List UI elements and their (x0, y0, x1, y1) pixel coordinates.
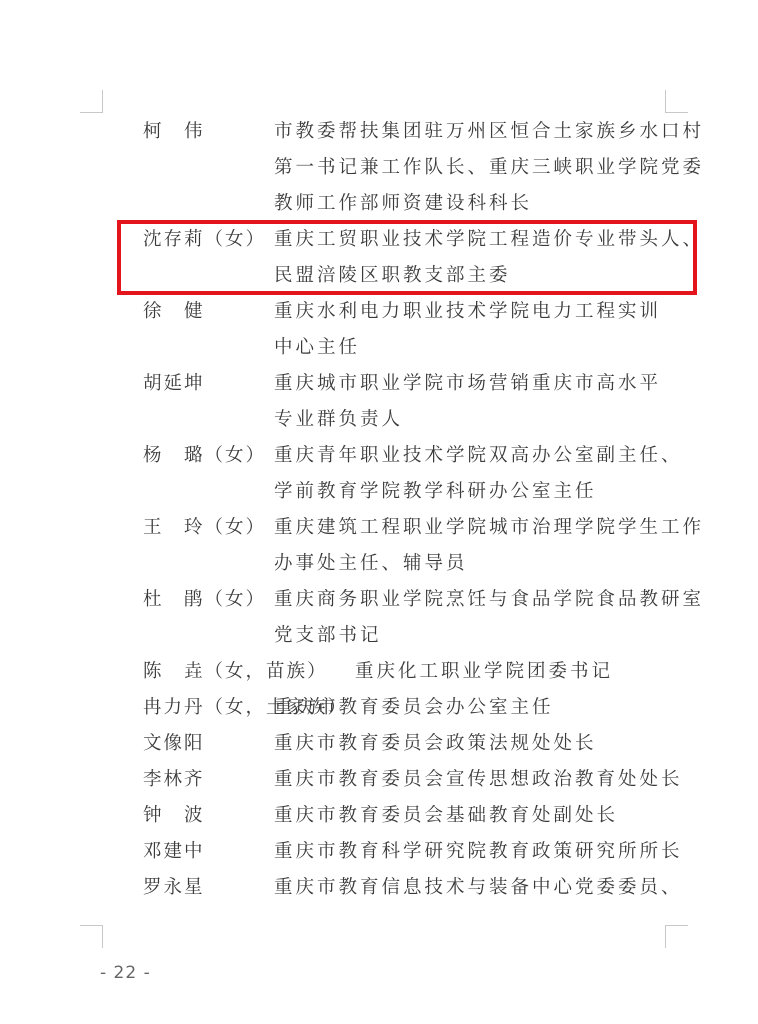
member-name: 王 玲（女） (143, 510, 266, 546)
member-title-line: 中心主任 (274, 330, 360, 366)
list-item: 罗永星 重庆市教育信息技术与装备中心党委委员、 (143, 870, 703, 906)
member-name: 陈 垚（女，苗族） (143, 654, 328, 690)
member-title-line: 重庆市教育委员会政策法规处处长 (274, 726, 597, 762)
member-title-line: 重庆市教育委员会基础教育处副处长 (274, 798, 618, 834)
member-title-line: 重庆市教育委员会办公室主任 (274, 690, 554, 726)
member-title-line: 重庆水利电力职业技术学院电力工程实训 (274, 294, 661, 330)
list-item: 钟 波 重庆市教育委员会基础教育处副处长 (143, 798, 703, 834)
list-item: 杨 璐（女） 重庆青年职业技术学院双高办公室副主任、 学前教育学院教学科研办公室… (143, 438, 703, 510)
list-item: 李林齐 重庆市教育委员会宣传思想政治教育处处长 (143, 762, 703, 798)
list-item: 杜 鹃（女） 重庆商务职业学院烹饪与食品学院食品教研室 党支部书记 (143, 582, 703, 654)
member-name: 杜 鹃（女） (143, 582, 266, 618)
member-name: 文像阳 (143, 726, 205, 762)
member-list: 柯 伟 市教委帮扶集团驻万州区恒合土家族乡水口村 第一书记兼工作队长、重庆三峡职… (143, 114, 703, 906)
member-name: 李林齐 (143, 762, 205, 798)
list-item: 陈 垚（女，苗族） 重庆化工职业学院团委书记 (143, 654, 703, 690)
list-item: 胡延坤 重庆城市职业学院市场营销重庆市高水平 专业群负责人 (143, 366, 703, 438)
member-title-line: 重庆建筑工程职业学院城市治理学院学生工作 (274, 510, 704, 546)
member-name: 罗永星 (143, 870, 205, 906)
member-title-line: 学前教育学院教学科研办公室主任 (274, 474, 597, 510)
list-item: 柯 伟 市教委帮扶集团驻万州区恒合土家族乡水口村 第一书记兼工作队长、重庆三峡职… (143, 114, 703, 222)
list-item-highlighted: 沈存莉（女） 重庆工贸职业技术学院工程造价专业带头人、 民盟涪陵区职教支部主委 (143, 222, 703, 294)
member-title-line: 办事处主任、辅导员 (274, 546, 468, 582)
member-name: 沈存莉（女） (143, 222, 266, 258)
member-title-line: 重庆市教育信息技术与装备中心党委委员、 (274, 870, 683, 906)
crop-mark-top-left (80, 90, 103, 113)
list-item: 冉力丹（女，土家族） 重庆市教育委员会办公室主任 (143, 690, 703, 726)
member-title-line: 重庆城市职业学院市场营销重庆市高水平 (274, 366, 661, 402)
member-title-line: 民盟涪陵区职教支部主委 (274, 258, 511, 294)
member-title-line: 教师工作部师资建设科科长 (274, 186, 532, 222)
member-title-line: 重庆商务职业学院烹饪与食品学院食品教研室 (274, 582, 704, 618)
member-name: 钟 波 (143, 798, 205, 834)
list-item: 王 玲（女） 重庆建筑工程职业学院城市治理学院学生工作 办事处主任、辅导员 (143, 510, 703, 582)
list-item: 邓建中 重庆市教育科学研究院教育政策研究所所长 (143, 834, 703, 870)
member-title-line: 重庆工贸职业技术学院工程造价专业带头人、 (274, 222, 704, 258)
member-name: 柯 伟 (143, 114, 205, 150)
list-item: 文像阳 重庆市教育委员会政策法规处处长 (143, 726, 703, 762)
member-title-line: 重庆市教育科学研究院教育政策研究所所长 (274, 834, 683, 870)
member-title-line: 重庆市教育委员会宣传思想政治教育处处长 (274, 762, 683, 798)
crop-mark-bottom-right (665, 925, 688, 948)
member-name: 杨 璐（女） (143, 438, 266, 474)
list-item: 徐 健 重庆水利电力职业技术学院电力工程实训 中心主任 (143, 294, 703, 366)
member-title-line: 专业群负责人 (274, 402, 403, 438)
member-title-line: 重庆青年职业技术学院双高办公室副主任、 (274, 438, 683, 474)
crop-mark-bottom-left (80, 925, 103, 948)
page-number: - 22 - (100, 963, 151, 983)
crop-mark-top-right (665, 90, 688, 113)
member-title-line: 市教委帮扶集团驻万州区恒合土家族乡水口村 (274, 114, 704, 150)
member-name: 徐 健 (143, 294, 205, 330)
member-title-line: 第一书记兼工作队长、重庆三峡职业学院党委 (274, 150, 704, 186)
document-page: 柯 伟 市教委帮扶集团驻万州区恒合土家族乡水口村 第一书记兼工作队长、重庆三峡职… (0, 0, 758, 1024)
member-name: 胡延坤 (143, 366, 205, 402)
member-name: 邓建中 (143, 834, 205, 870)
member-title-line: 重庆化工职业学院团委书记 (355, 654, 613, 690)
member-title-line: 党支部书记 (274, 618, 382, 654)
